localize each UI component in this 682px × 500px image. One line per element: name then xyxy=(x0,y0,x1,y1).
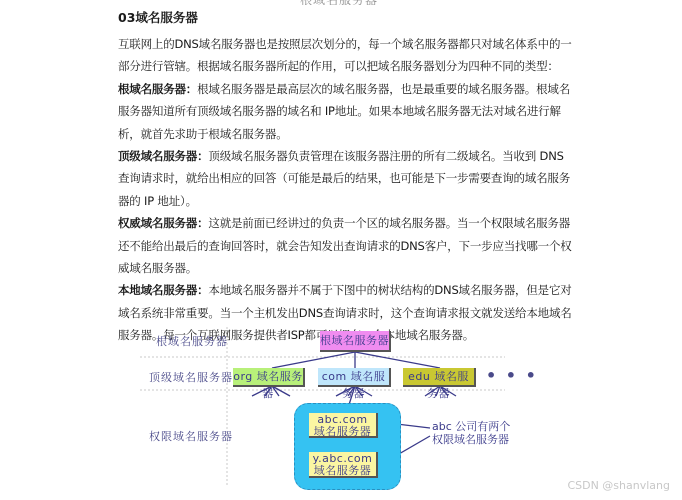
level-label-tld: 顶级域名服务器 xyxy=(149,369,233,385)
annotation-line-1: abc 公司有两个 xyxy=(432,420,510,433)
auth-server-abc-label: 域名服务器 xyxy=(309,426,376,438)
more-tlds-ellipsis: • • • xyxy=(486,366,538,385)
tld-edu-box: edu 域名服务器 xyxy=(403,368,476,387)
level-label-root: 根域名服务器 xyxy=(156,333,228,349)
dns-hierarchy-diagram: 根域名服务器 顶级域名服务器 权限域名服务器 根域名服务器 org 域名服务器 … xyxy=(0,0,682,500)
annotation-line-2: 权限域名服务器 xyxy=(432,433,510,446)
annotation: abc 公司有两个 权限域名服务器 xyxy=(432,420,510,446)
level-label-authoritative: 权限域名服务器 xyxy=(149,428,233,444)
watermark: CSDN @shanvlang xyxy=(567,479,670,492)
auth-server-y-abc-label: 域名服务器 xyxy=(309,465,376,477)
tld-org-box: org 域名服务器 xyxy=(233,368,305,387)
root-server-box: 根域名服务器 xyxy=(320,331,391,352)
auth-server-y-abc: y.abc.com 域名服务器 xyxy=(309,452,378,478)
auth-server-abc: abc.com 域名服务器 xyxy=(309,413,378,438)
tld-com-box: com 域名服务器 xyxy=(318,368,391,387)
